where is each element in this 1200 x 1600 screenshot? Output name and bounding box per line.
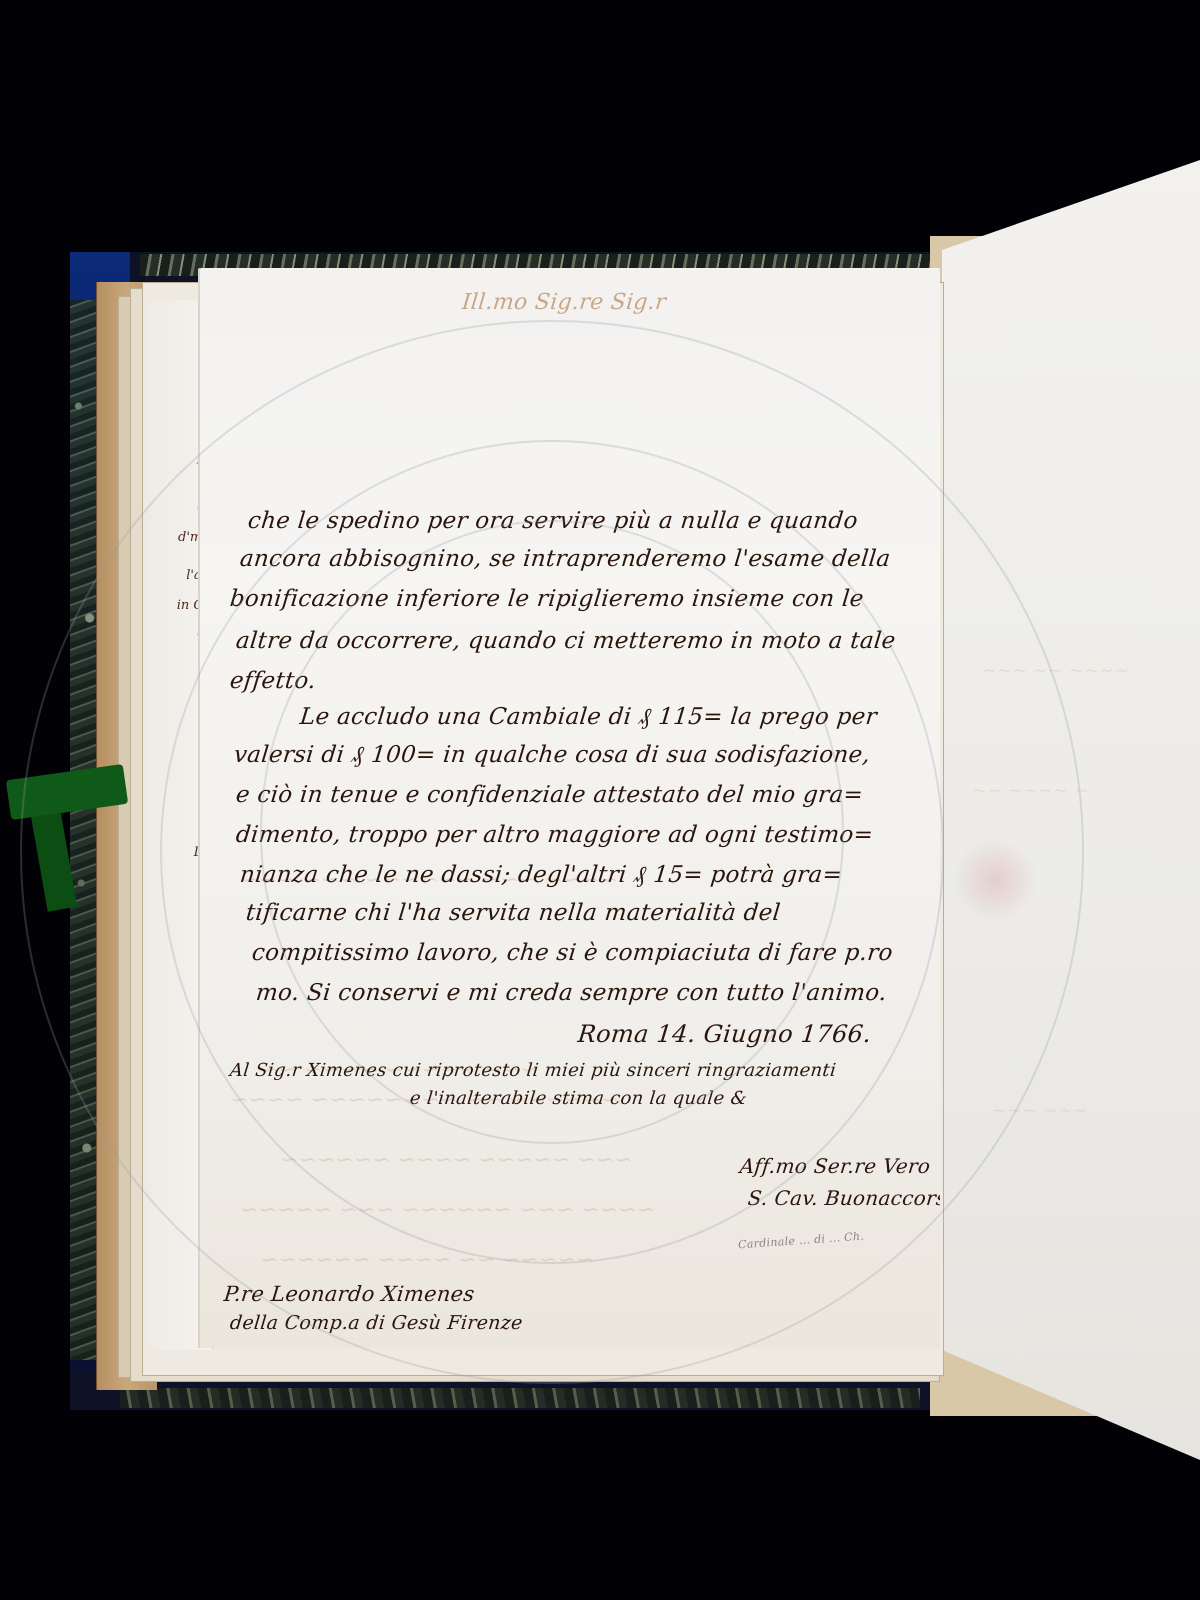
signature: S. Cav. Buonaccorsi [747, 1186, 940, 1210]
right-facing-page: ~~~ ~~ ~~~~ ~~ ~~~~ ~ ~~~ ~~~ [942, 160, 1200, 1460]
letter-line: altre da occorrere, quando ci metteremo … [235, 628, 897, 654]
marbled-paper-left [70, 300, 98, 1360]
closing-formula: Aff.mo Ser.re Vero [739, 1154, 932, 1178]
letter-line: nianza che le ne dassi; degl'altri ₰ 15=… [239, 862, 844, 888]
header-note: Ill.mo Sig.re Sig.r [461, 290, 668, 315]
letter-page: ~~~~ ~~~ ~~~~~~ ~~~ ~~~ ~~~ ~~~~~ ~~~~ ~… [200, 268, 940, 1348]
letter-line: dimento, troppo per altro maggiore ad og… [235, 822, 875, 848]
addressee-line: P.re Leonardo Ximenes [223, 1282, 476, 1306]
marbled-paper-bottom [120, 1388, 920, 1408]
letter-line: e ciò in tenue e confidenziale attestato… [235, 782, 865, 808]
letter-line: bonificazione inferiore le ripiglieremo … [229, 586, 865, 612]
letter-line: effetto. [229, 668, 318, 694]
letter-line: che le spedino per ora servire più a nul… [247, 508, 859, 534]
letter-line: mo. Si conservi e mi creda sempre con tu… [255, 980, 888, 1006]
letter-line: valersi di ₰ 100= in qualche cosa di sua… [233, 742, 872, 768]
archive-pencil-note: Cardinale ... di ... Ch. [738, 1230, 865, 1252]
postscript-line: e l'inalterabile stima con la quale & [409, 1088, 748, 1109]
letter-line: ancora abbisognino, se intraprenderemo l… [239, 546, 892, 572]
foxing-stain [950, 840, 1040, 920]
postscript-line: Al Sig.r Ximenes cui riprotesto li miei … [229, 1060, 837, 1081]
letter-line: compitissimo lavoro, che si è compiaciut… [251, 940, 895, 966]
addressee-line: della Comp.a di Gesù Firenze [229, 1312, 524, 1334]
letter-line: tificarne chi l'ha servita nella materia… [245, 900, 782, 926]
letter-line: Le accludo una Cambiale di ₰ 115= la pre… [299, 704, 879, 730]
dateline: Roma 14. Giugno 1766. [577, 1020, 873, 1048]
